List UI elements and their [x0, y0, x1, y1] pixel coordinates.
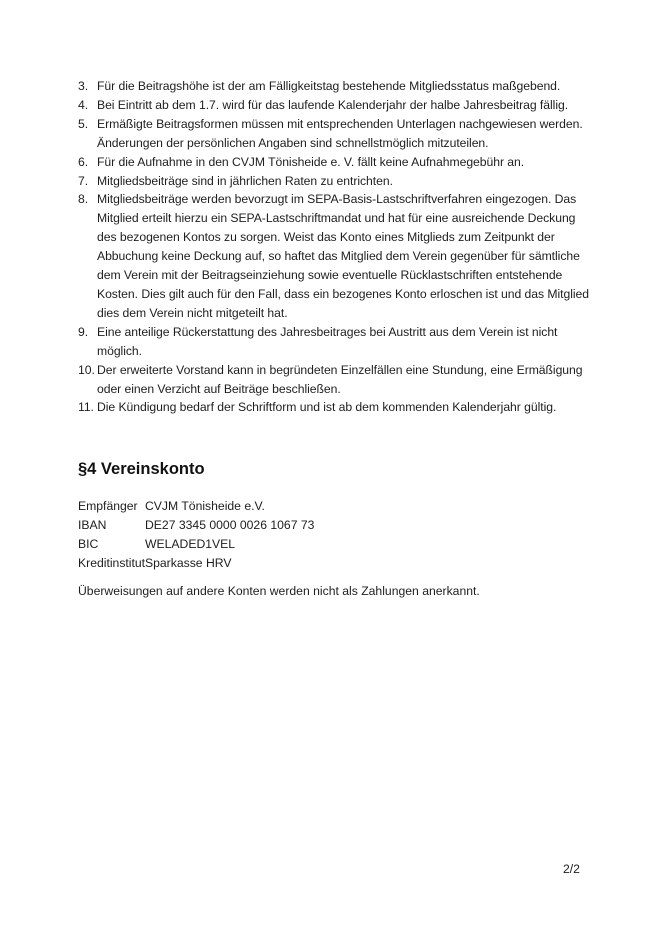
account-row-recipient: EmpfängerCVJM Tönisheide e.V.	[78, 497, 314, 516]
bank-account-details: EmpfängerCVJM Tönisheide e.V. IBANDE27 3…	[78, 497, 314, 573]
list-item: 10.Der erweiterte Vorstand kann in begrü…	[78, 361, 598, 399]
list-item: 5.Ermäßigte Beitragsformen müssen mit en…	[78, 115, 598, 153]
list-item: 4.Bei Eintritt ab dem 1.7. wird für das …	[78, 96, 598, 115]
document-page: 3.Für die Beitragshöhe ist der am Fällig…	[0, 0, 658, 931]
fee-rules-list: 3.Für die Beitragshöhe ist der am Fällig…	[78, 77, 598, 417]
list-item: 3.Für die Beitragshöhe ist der am Fällig…	[78, 77, 598, 96]
account-row-iban: IBANDE27 3345 0000 0026 1067 73	[78, 516, 314, 535]
section-heading: §4 Vereinskonto	[78, 460, 205, 479]
page-number: 2/2	[563, 862, 580, 876]
payment-note: Überweisungen auf andere Konten werden n…	[78, 582, 480, 601]
list-item: 6.Für die Aufnahme in den CVJM Tönisheid…	[78, 153, 598, 172]
account-row-bank: KreditinstitutSparkasse HRV	[78, 554, 314, 573]
list-item: 11.Die Kündigung bedarf der Schriftform …	[78, 398, 598, 417]
account-row-bic: BICWELADED1VEL	[78, 535, 314, 554]
list-item: 8.Mitgliedsbeiträge werden bevorzugt im …	[78, 190, 598, 322]
list-item: 9.Eine anteilige Rückerstattung des Jahr…	[78, 323, 598, 361]
list-item: 7.Mitgliedsbeiträge sind in jährlichen R…	[78, 172, 598, 191]
